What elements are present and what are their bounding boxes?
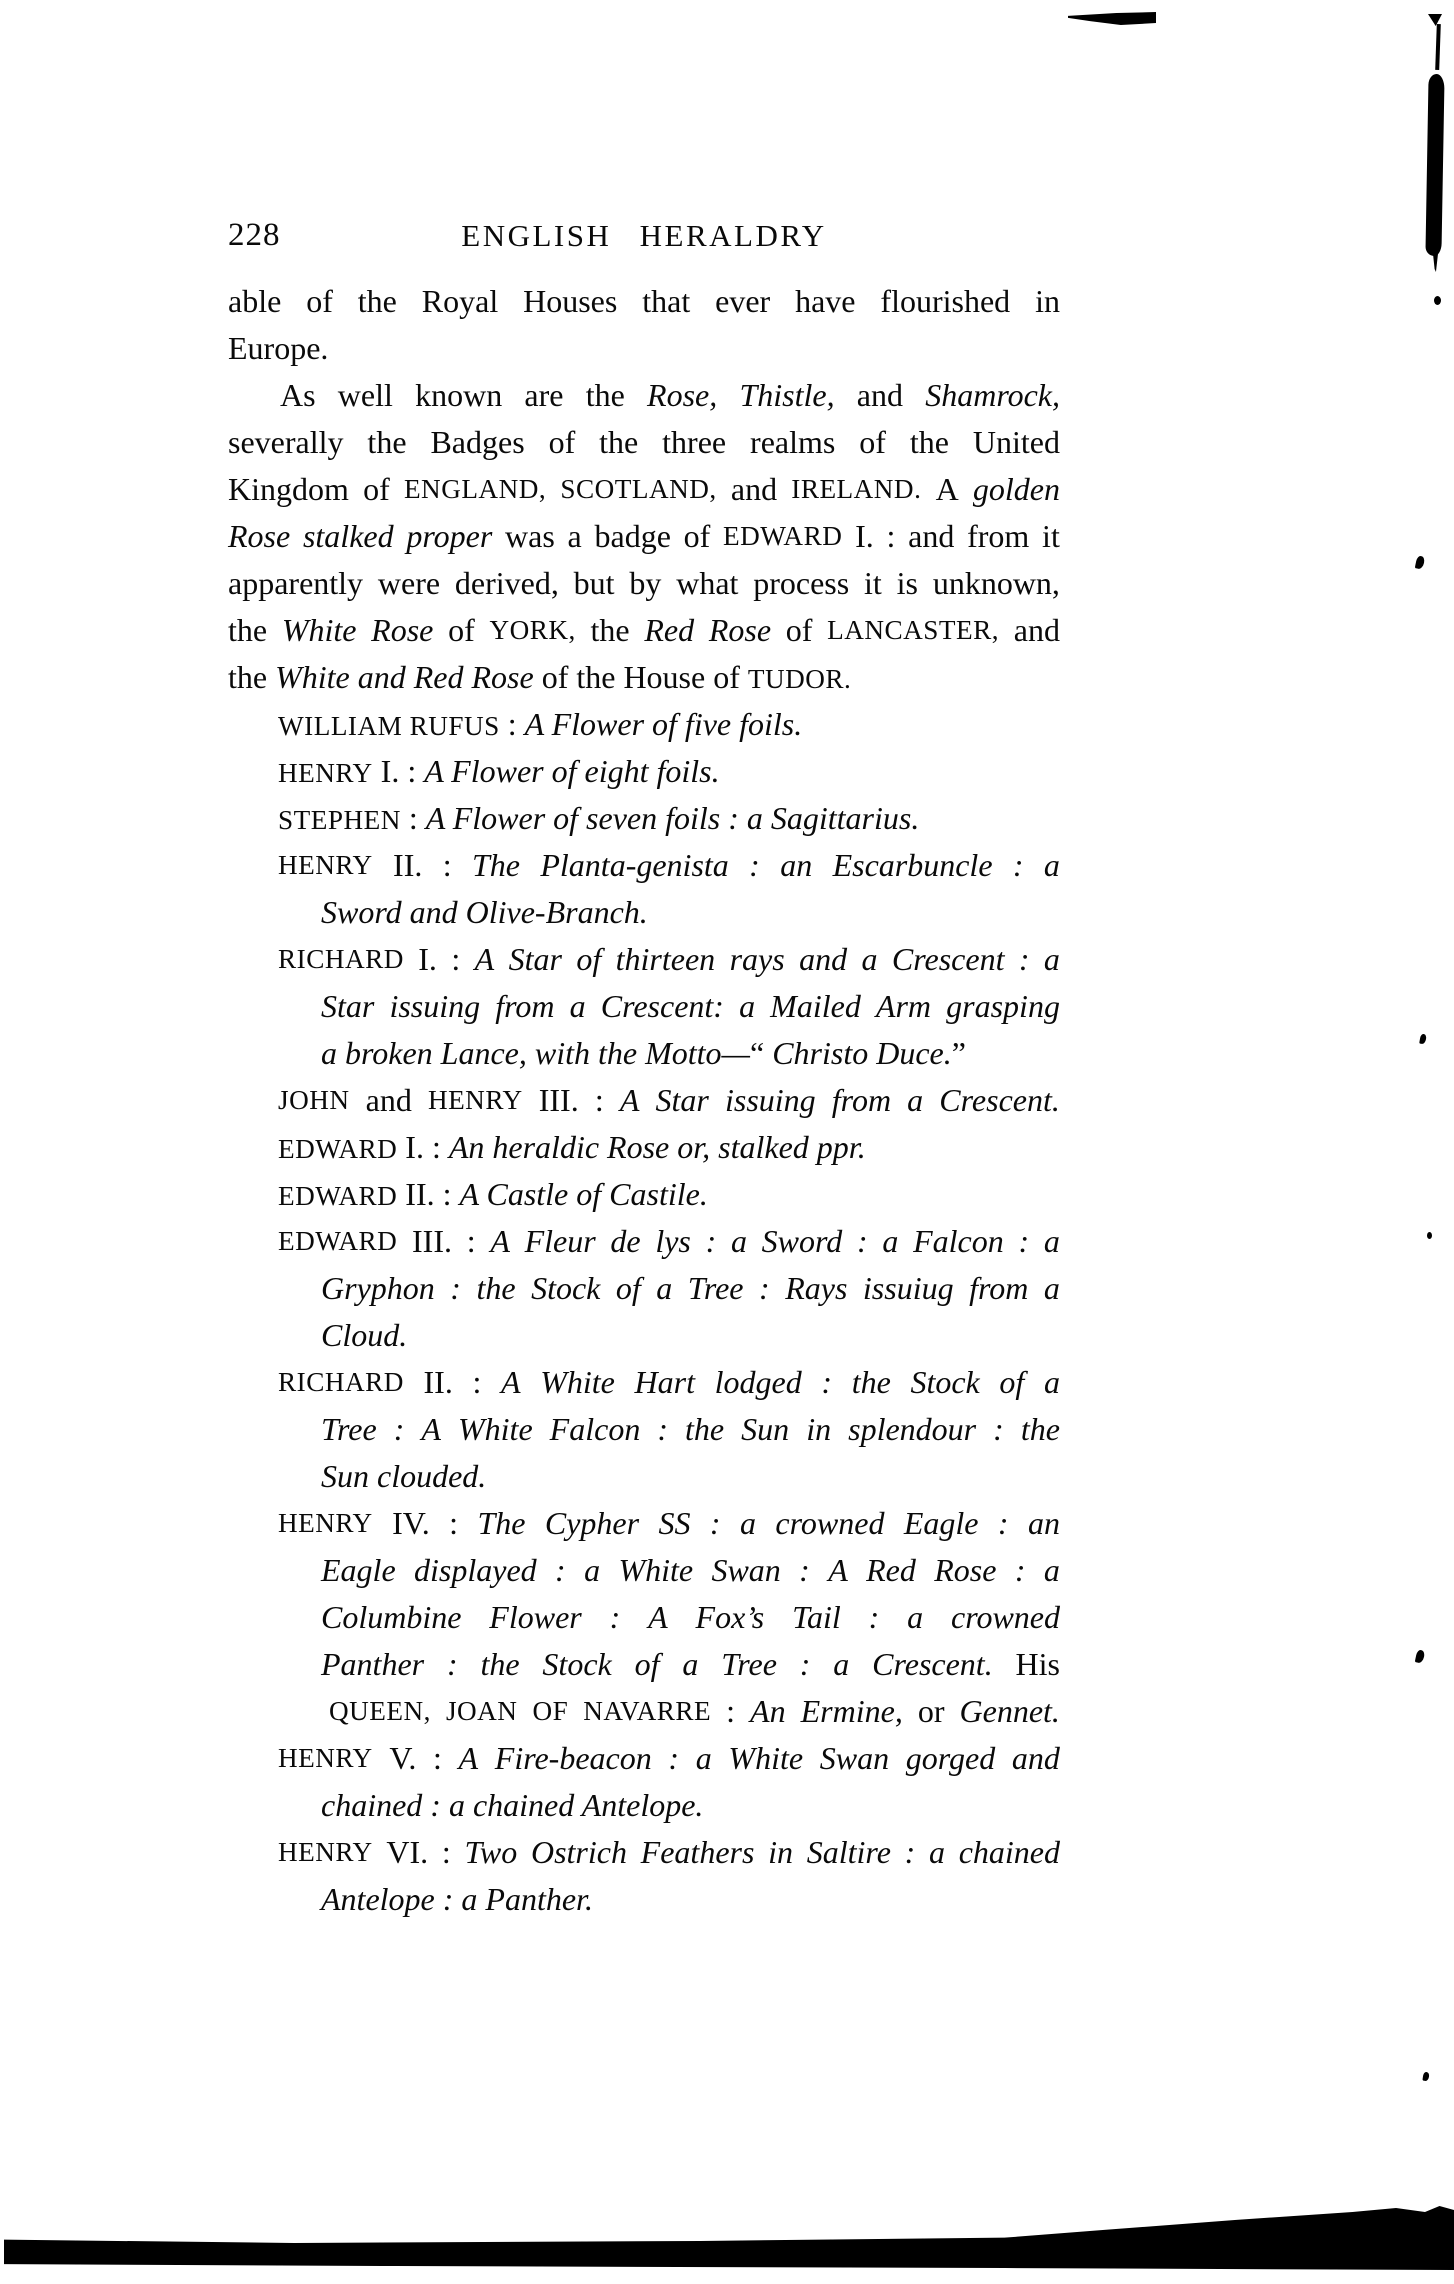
text-segment: a: [740, 1500, 756, 1547]
text-segment: a: [861, 936, 877, 983]
text-segment: I.: [418, 936, 437, 983]
text-line: Tree:AWhiteFalcon:theSuninsplendour:the: [228, 1406, 1060, 1453]
text-segment: Two: [464, 1829, 517, 1876]
text-line: severallytheBadgesofthethreerealmsoftheU…: [228, 419, 1060, 466]
text-segment: gorged: [906, 1735, 995, 1782]
text-segment: a: [568, 513, 582, 560]
text-segment: crowned: [951, 1594, 1060, 1641]
text-line: the White and Red Rose of the House of T…: [228, 654, 1060, 701]
text-segment: The: [472, 842, 520, 889]
text-segment: it: [864, 560, 882, 607]
text-segment: Star: [656, 1077, 709, 1124]
text-segment: A: [475, 936, 495, 983]
text-segment: Royal: [422, 278, 498, 325]
text-segment: :: [449, 1500, 458, 1547]
text-line: WILLIAM RUFUS : A Flower of five foils.: [228, 701, 1060, 748]
text-segment: ”: [952, 1035, 966, 1071]
text-segment: Crescent:: [601, 983, 724, 1030]
text-segment: have: [795, 278, 855, 325]
scan-artifact-top-wedge: [1068, 12, 1156, 25]
text-segment: :: [800, 1641, 811, 1688]
scan-speck: [1422, 2072, 1429, 2082]
text-segment: lys: [655, 1218, 691, 1265]
text-segment: A Flower of seven foils : a Sagittarius.: [426, 800, 920, 836]
text-segment: Tail: [792, 1594, 841, 1641]
text-segment: a: [584, 1547, 600, 1594]
text-segment: :: [1015, 1547, 1026, 1594]
text-segment: :: [500, 706, 525, 742]
text-segment: but: [574, 560, 615, 607]
text-line: RICHARDI.:AStarofthirteenraysandaCrescen…: [228, 936, 1060, 983]
text-segment: and: [731, 466, 777, 513]
text-segment: Sword and Olive-Branch.: [321, 894, 648, 930]
text-line: Europe.: [228, 325, 1060, 372]
text-segment: Swan: [820, 1735, 889, 1782]
text-segment: Falcon: [550, 1406, 641, 1453]
text-segment: proper: [406, 513, 492, 560]
text-segment: an: [1028, 1500, 1060, 1547]
text-segment: the: [367, 419, 406, 466]
text-line: KingdomofENGLAND,SCOTLAND,andIRELAND.Ago…: [228, 466, 1060, 513]
text-segment: was: [505, 513, 555, 560]
text-segment: from: [495, 983, 554, 1030]
text-segment: stalked: [303, 513, 394, 560]
scan-speck: [1419, 1034, 1427, 1045]
text-segment: JOAN: [446, 1688, 517, 1735]
text-segment: a: [1044, 1265, 1060, 1312]
text-line: HENRY I. : A Flower of eight foils.: [228, 748, 1060, 795]
text-segment: the: [591, 607, 630, 654]
text-segment: :: [450, 1265, 461, 1312]
text-line: HENRYVI.:TwoOstrichFeathersinSaltire:ach…: [228, 1829, 1060, 1876]
text-segment: White: [540, 1359, 615, 1406]
text-segment: Arm: [876, 983, 931, 1030]
page-number: 228: [228, 212, 281, 259]
text-segment: III.: [412, 1218, 452, 1265]
text-segment: of: [576, 936, 601, 983]
text-line: Gryphon:theStockofaTree:Raysissuiugfroma: [228, 1265, 1060, 1312]
text-segment: :: [799, 1547, 810, 1594]
text-segment: :: [433, 1735, 442, 1782]
text-segment: Stock: [542, 1641, 611, 1688]
text-segment: Rose: [371, 607, 433, 654]
text-segment: RICHARD: [278, 1359, 404, 1406]
text-segment: apparently: [228, 560, 363, 607]
text-segment: of: [448, 607, 475, 654]
text-segment: Rose,: [647, 372, 717, 419]
text-segment: Swan: [711, 1547, 780, 1594]
text-segment: HENRY: [278, 1829, 373, 1876]
text-segment: EDWARD: [723, 513, 842, 560]
text-segment: “: [750, 1035, 772, 1071]
text-segment: HENRY: [278, 842, 373, 889]
text-segment: a: [907, 1077, 923, 1124]
text-segment: Escarbuncle: [833, 842, 993, 889]
text-segment: derived,: [455, 560, 559, 607]
text-segment: lodged: [715, 1359, 802, 1406]
text-segment: a: [682, 1641, 698, 1688]
text-segment: issuing: [725, 1077, 816, 1124]
text-segment: Columbine: [321, 1594, 461, 1641]
text-segment: a: [570, 983, 586, 1030]
text-segment: of: [999, 1359, 1024, 1406]
text-segment: White: [282, 607, 357, 654]
text-segment: Kingdom: [228, 466, 349, 513]
scan-artifact-bottom-bar: [4, 2206, 1454, 2272]
text-segment: crowned: [775, 1500, 884, 1547]
page-header: 228 ENGLISH HERALDRY: [228, 212, 1060, 259]
text-line: chained : a chained Antelope.: [228, 1782, 1060, 1829]
text-segment: :: [749, 842, 760, 889]
text-segment: A: [648, 1594, 668, 1641]
text-segment: TUDOR.: [748, 664, 851, 694]
text-segment: V.: [389, 1735, 416, 1782]
text-segment: from: [832, 1077, 891, 1124]
text-segment: Europe.: [228, 330, 328, 366]
text-segment: An heraldic Rose or, stalked ppr.: [449, 1129, 866, 1165]
text-segment: flourished: [880, 278, 1010, 325]
text-segment: VI.: [386, 1829, 428, 1876]
text-line: AswellknownaretheRose,Thistle,andShamroc…: [228, 372, 1060, 419]
text-line: apparentlywerederived,butbywhatprocessit…: [228, 560, 1060, 607]
text-segment: A Flower of eight foils.: [424, 753, 719, 789]
text-segment: the: [1021, 1406, 1060, 1453]
text-segment: of: [549, 419, 576, 466]
text-segment: Gennet.: [960, 1688, 1060, 1735]
text-segment: NAVARRE: [583, 1688, 711, 1735]
text-segment: A Flower of five foils.: [525, 706, 803, 742]
text-segment: HENRY: [428, 1077, 523, 1124]
text-segment: Stock: [910, 1359, 979, 1406]
text-segment: severally: [228, 419, 344, 466]
text-segment: Mailed: [770, 983, 861, 1030]
text-segment: the: [476, 1265, 515, 1312]
text-segment: SS: [659, 1500, 691, 1547]
scan-artifact-ink-dot: [1434, 296, 1441, 305]
text-segment: well: [338, 372, 393, 419]
text-segment: Red: [644, 607, 694, 654]
text-segment: III.: [539, 1077, 579, 1124]
text-segment: :: [857, 1218, 868, 1265]
text-segment: White: [458, 1406, 533, 1453]
text-segment: Hart: [635, 1359, 695, 1406]
text-line: EDWARD I. : An heraldic Rose or, stalked…: [228, 1124, 1060, 1171]
text-segment: Eagle: [321, 1547, 396, 1594]
text-segment: grasping: [946, 983, 1060, 1030]
text-segment: :: [595, 1077, 604, 1124]
text-segment: :: [668, 1735, 679, 1782]
text-segment: the: [910, 419, 949, 466]
text-segment: Rose: [934, 1547, 996, 1594]
text-segment: the: [685, 1406, 724, 1453]
text-segment: what: [676, 560, 738, 607]
text-segment: :: [451, 936, 460, 983]
text-segment: Christo Duce.: [772, 1035, 952, 1071]
text-segment: EDWARD: [278, 1181, 397, 1211]
text-line: EDWARD II. : A Castle of Castile.: [228, 1171, 1060, 1218]
text-segment: HENRY: [278, 758, 373, 788]
text-segment: :: [887, 513, 896, 560]
text-segment: A: [936, 466, 959, 513]
text-segment: I.: [855, 513, 874, 560]
text-segment: :: [394, 1406, 405, 1453]
text-segment: SCOTLAND,: [560, 466, 716, 513]
text-segment: a: [731, 1218, 747, 1265]
scan-artifact-right-streak: [1425, 74, 1444, 256]
text-segment: Badges: [430, 419, 524, 466]
text-segment: a: [1044, 1547, 1060, 1594]
text-segment: of: [616, 1265, 641, 1312]
text-line: Panther:theStockofaTree:aCrescent.His: [228, 1641, 1060, 1688]
text-segment: :: [1013, 842, 1024, 889]
text-segment: the: [852, 1359, 891, 1406]
text-segment: STEPHEN: [278, 805, 401, 835]
text-segment: rays: [730, 936, 785, 983]
text-segment: A: [501, 1359, 521, 1406]
text-segment: Feathers: [641, 1829, 755, 1876]
text-segment: ever: [715, 278, 770, 325]
text-segment: Sun clouded.: [321, 1458, 486, 1494]
text-segment: that: [642, 278, 690, 325]
text-segment: A: [459, 1735, 479, 1782]
text-segment: II.: [393, 842, 422, 889]
scan-speck: [1427, 1232, 1432, 1239]
text-segment: Flower: [489, 1594, 581, 1641]
text-segment: the: [586, 372, 625, 419]
text-segment: White: [728, 1735, 803, 1782]
text-segment: Rays: [785, 1265, 847, 1312]
text-segment: de: [610, 1218, 640, 1265]
text-block: ableoftheRoyalHousesthateverhaveflourish…: [228, 278, 1060, 1923]
text-line: HENRYII.:ThePlanta-genista:anEscarbuncle…: [228, 842, 1060, 889]
text-line: HENRYV.:AFire-beacon:aWhiteSwangorgedand: [228, 1735, 1060, 1782]
text-line: StarissuingfromaCrescent:aMailedArmgrasp…: [228, 983, 1060, 1030]
text-segment: from: [969, 1265, 1028, 1312]
text-line: ableoftheRoyalHousesthateverhaveflourish…: [228, 278, 1060, 325]
text-segment: Crescent.: [939, 1077, 1060, 1124]
text-segment: A: [490, 1218, 510, 1265]
text-line: Sword and Olive-Branch.: [228, 889, 1060, 936]
text-segment: and: [1012, 1735, 1060, 1782]
text-segment: :: [998, 1500, 1009, 1547]
text-segment: a: [882, 1218, 898, 1265]
text-segment: :: [905, 1829, 916, 1876]
text-segment: :: [993, 1406, 1004, 1453]
text-segment: Thistle,: [739, 372, 834, 419]
text-segment: were: [378, 560, 440, 607]
text-segment: a: [1044, 1218, 1060, 1265]
text-segment: and: [366, 1077, 412, 1124]
text-line: Eagledisplayed:aWhiteSwan:ARedRose:a: [228, 1547, 1060, 1594]
text-segment: I. :: [397, 1129, 449, 1165]
text-segment: LANCASTER,: [827, 607, 999, 654]
text-segment: Fox’s: [696, 1594, 765, 1641]
text-segment: An: [750, 1688, 786, 1735]
text-line: Cloud.: [228, 1312, 1060, 1359]
text-segment: the: [228, 607, 267, 654]
text-segment: Ermine,: [801, 1688, 903, 1735]
text-segment: and: [908, 513, 954, 560]
text-segment: unknown,: [933, 560, 1060, 607]
text-segment: :: [869, 1594, 880, 1641]
text-segment: of the House of: [534, 659, 748, 695]
text-segment: thirteen: [616, 936, 716, 983]
text-segment: it: [1042, 513, 1060, 560]
text-segment: :: [443, 842, 452, 889]
text-segment: Crescent: [892, 936, 1005, 983]
text-segment: WILLIAM RUFUS: [278, 711, 500, 741]
text-segment: Falcon: [913, 1218, 1004, 1265]
text-segment: Panther: [321, 1641, 424, 1688]
text-line: Antelope : a Panther.: [228, 1876, 1060, 1923]
text-segment: Star: [509, 936, 562, 983]
text-segment: Cypher: [545, 1500, 639, 1547]
text-segment: displayed: [414, 1547, 537, 1594]
text-segment: HENRY: [278, 1500, 373, 1547]
text-segment: a: [656, 1265, 672, 1312]
text-segment: and: [1014, 607, 1060, 654]
scan-speck: [1415, 555, 1426, 569]
text-segment: a broken Lance, with the Motto—: [321, 1035, 750, 1071]
text-segment: realms: [750, 419, 835, 466]
text-line: RICHARDII.:AWhiteHartlodged:theStockofa: [228, 1359, 1060, 1406]
text-segment: a: [1044, 1359, 1060, 1406]
text-segment: His: [1016, 1641, 1060, 1688]
text-segment: A Castle of Castile.: [460, 1176, 708, 1212]
text-segment: of: [684, 513, 711, 560]
text-segment: Antelope : a Panther.: [321, 1881, 593, 1917]
text-line: a broken Lance, with the Motto—“ Christo…: [228, 1030, 1060, 1077]
text-segment: the: [599, 419, 638, 466]
text-segment: Red: [866, 1547, 916, 1594]
text-segment: process: [753, 560, 849, 607]
text-segment: of: [786, 607, 813, 654]
text-segment: :: [657, 1406, 668, 1453]
text-segment: I. :: [373, 753, 425, 789]
text-segment: EDWARD: [278, 1218, 397, 1265]
text-segment: A: [620, 1077, 640, 1124]
text-segment: Star: [321, 983, 374, 1030]
text-segment: JOHN: [278, 1077, 349, 1124]
text-line: EDWARDIII.:AFleurdelys:aSword:aFalcon:a: [228, 1218, 1060, 1265]
text-line: HENRYIV.:TheCypherSS:acrownedEagle:an: [228, 1500, 1060, 1547]
text-segment: :: [401, 800, 426, 836]
text-segment: Fleur: [525, 1218, 596, 1265]
text-segment: :: [555, 1547, 566, 1594]
text-segment: Rose: [228, 513, 290, 560]
text-segment: are: [524, 372, 563, 419]
text-segment: an: [780, 842, 812, 889]
text-segment: :: [442, 1829, 451, 1876]
text-segment: II. :: [397, 1176, 459, 1212]
text-segment: Ostrich: [531, 1829, 627, 1876]
text-segment: able: [228, 278, 281, 325]
text-segment: Shamrock,: [925, 372, 1060, 419]
text-segment: :: [706, 1218, 717, 1265]
text-segment: of: [635, 1641, 660, 1688]
scanned-book-page: 228 ENGLISH HERALDRY ableoftheRoyalHouse…: [0, 0, 1454, 2284]
text-segment: and: [857, 372, 903, 419]
text-segment: Crescent.: [872, 1641, 993, 1688]
text-segment: is: [897, 560, 918, 607]
text-segment: Cloud.: [321, 1317, 407, 1353]
text-segment: issuing: [389, 983, 480, 1030]
text-segment: or: [918, 1688, 945, 1735]
scan-speck: [1415, 1649, 1426, 1663]
text-segment: :: [1019, 936, 1030, 983]
text-segment: YORK,: [489, 607, 575, 654]
text-segment: a: [907, 1594, 923, 1641]
text-segment: Tree: [321, 1406, 377, 1453]
text-segment: Tree: [721, 1641, 777, 1688]
running-title: ENGLISH HERALDRY: [228, 212, 1060, 259]
text-segment: issuiug: [863, 1265, 954, 1312]
text-segment: chained : a chained Antelope.: [321, 1787, 703, 1823]
text-segment: A: [828, 1547, 848, 1594]
text-line: theWhiteRoseofYORK,theRedRoseofLANCASTER…: [228, 607, 1060, 654]
text-segment: OF: [532, 1688, 568, 1735]
text-segment: in: [1035, 278, 1060, 325]
text-line: RosestalkedproperwasabadgeofEDWARDI.:and…: [228, 513, 1060, 560]
text-segment: As: [280, 372, 316, 419]
text-segment: Fire-beacon: [495, 1735, 652, 1782]
text-segment: :: [1018, 1218, 1029, 1265]
text-segment: chained: [959, 1829, 1060, 1876]
text-segment: Gryphon: [321, 1265, 435, 1312]
text-segment: :: [610, 1594, 621, 1641]
text-segment: ENGLAND,: [404, 466, 546, 513]
text-segment: :: [447, 1641, 458, 1688]
text-segment: White: [618, 1547, 693, 1594]
text-segment: of: [363, 466, 390, 513]
text-segment: QUEEN,: [329, 1688, 431, 1735]
text-segment: in: [806, 1406, 831, 1453]
text-segment: :: [759, 1265, 770, 1312]
text-segment: of: [306, 278, 333, 325]
text-segment: :: [726, 1688, 735, 1735]
text-segment: A: [421, 1406, 441, 1453]
text-segment: Stock: [531, 1265, 600, 1312]
text-segment: the: [228, 659, 275, 695]
text-segment: Planta-genista: [540, 842, 728, 889]
text-segment: by: [629, 560, 661, 607]
text-segment: the: [358, 278, 397, 325]
text-segment: :: [821, 1359, 832, 1406]
text-segment: known: [415, 372, 502, 419]
text-segment: RICHARD: [278, 936, 404, 983]
text-segment: :: [472, 1359, 481, 1406]
text-segment: from: [967, 513, 1029, 560]
scan-artifact-right-streak-thin: [1435, 24, 1441, 70]
text-segment: and: [799, 936, 847, 983]
text-segment: IRELAND.: [791, 466, 921, 513]
text-segment: splendour: [848, 1406, 976, 1453]
text-segment: of: [859, 419, 886, 466]
text-segment: Sun: [741, 1406, 789, 1453]
text-segment: The: [477, 1500, 525, 1547]
text-segment: :: [467, 1218, 476, 1265]
text-segment: the: [480, 1641, 519, 1688]
text-segment: a: [739, 983, 755, 1030]
text-segment: Eagle: [904, 1500, 979, 1547]
text-line: Sun clouded.: [228, 1453, 1060, 1500]
text-segment: in: [768, 1829, 793, 1876]
text-segment: a: [1044, 842, 1060, 889]
text-segment: Sword: [762, 1218, 843, 1265]
text-line: QUEEN,JOANOFNAVARRE:AnErmine,orGennet.: [228, 1688, 1060, 1735]
text-line: ColumbineFlower:AFox’sTail:acrowned: [228, 1594, 1060, 1641]
text-segment: a: [1044, 936, 1060, 983]
